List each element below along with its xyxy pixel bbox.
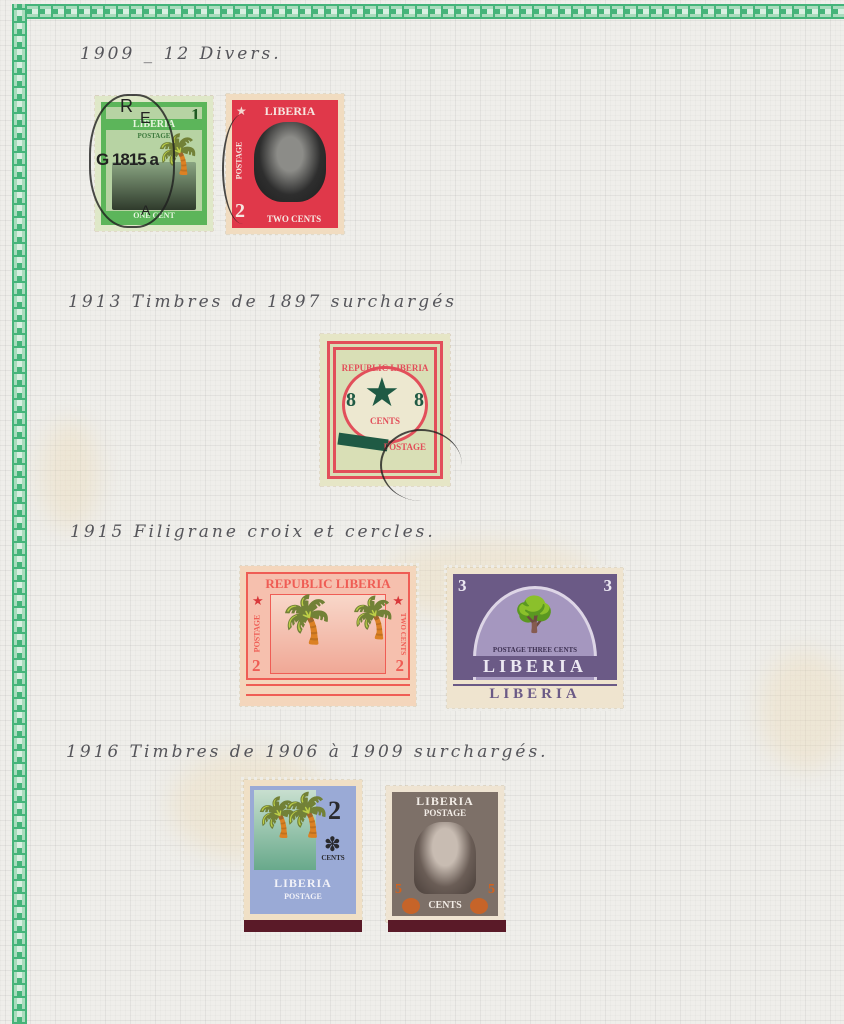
stamp-1915-two-cents[interactable]: REPUBLIC LIBERIA ★ ★ 🌴 🌴 POSTAGE TWO CEN… (240, 566, 416, 706)
surcharge-value: 2 (328, 796, 341, 826)
stamp-value-right: 5 (488, 882, 495, 898)
stamp-country: LIBERIA (250, 876, 356, 891)
surcharge-value-right: 8 (414, 389, 424, 412)
tree-icon: 🌳 (513, 598, 555, 632)
portrait-vignette (254, 122, 326, 202)
hinge-mount-strip (388, 920, 506, 932)
stamp-value-right: 3 (604, 576, 613, 596)
misperf-strip-label: LIBERIA (453, 684, 617, 703)
postmark-date: G 1815 a (96, 150, 158, 170)
section-heading-1913: 1913 Timbres de 1897 surchargés (68, 292, 457, 312)
surcharge-unit: CENTS (336, 416, 434, 426)
surcharge-blot-left (402, 898, 420, 914)
stamp-sublabel: POSTAGE (250, 892, 356, 901)
hinge-mount-strip (244, 920, 362, 932)
stamp-country: LIBERIA (392, 794, 498, 809)
stamp-value-left: 5 (395, 882, 402, 898)
palm-tree-icon: 🌴 (348, 598, 398, 638)
stamp-country: LIBERIA (106, 119, 202, 130)
stamp-1916-surcharged-two-cents[interactable]: 🌴 🌴 2 ✽ CENTS LIBERIA POSTAGE (244, 780, 362, 920)
star-surcharge-icon: ★ (364, 373, 400, 413)
palm-tree-icon: 🌴 (278, 596, 335, 642)
stamp-sublabel: POSTAGE (392, 808, 498, 818)
portrait-vignette (414, 822, 476, 894)
postmark-letter: R (120, 96, 133, 117)
section-heading-1909: 1909 _ 12 Divers. (80, 44, 282, 64)
palm-tree-icon: 🌴 (280, 794, 332, 836)
album-page: 1909 _ 12 Divers. 1 LIBERIA POSTAGE 🌴 ON… (0, 0, 844, 1024)
surcharge-unit: CENTS (310, 854, 356, 862)
stamp-value-left: 3 (458, 576, 467, 596)
postmark-letter: E (140, 110, 151, 128)
postmark-letter: A (141, 202, 150, 218)
stamp-1915-three-cents[interactable]: 3 3 🌳 POSTAGE THREE CENTS LIBERIA LIBERI… (447, 568, 623, 708)
stamp-denomination: TWO CENTS (232, 214, 338, 224)
stamp-denomination: ONE CENT (106, 211, 202, 220)
obliterating-ornament-icon: ✽ (324, 832, 341, 856)
stamp-right-label: TWO CENTS (399, 613, 407, 655)
greek-key-border-left (12, 4, 27, 1024)
stamp-mid-label: POSTAGE THREE CENTS (453, 646, 617, 654)
stamp-1916-five-cents-portrait[interactable]: LIBERIA POSTAGE 5 5 CENTS (386, 786, 504, 922)
stamp-value-left: 2 (252, 656, 261, 676)
stamp-value-right: 2 (396, 656, 405, 676)
stamp-country: LIBERIA (232, 104, 338, 119)
stamp-country: LIBERIA (453, 656, 617, 677)
surcharge-blot-right (470, 898, 488, 914)
greek-key-border-top (12, 4, 844, 19)
stamp-left-label: POSTAGE (252, 615, 261, 653)
stamp-1913-eight-cents[interactable]: REPUBLIC LIBERIA ★ 8 8 CENTS POSTAGE (320, 334, 450, 486)
stamp-country: REPUBLIC LIBERIA (248, 576, 408, 592)
stamp-bottom-label: POSTAGE (336, 442, 434, 452)
stamp-1909-one-cent[interactable]: 1 LIBERIA POSTAGE 🌴 ONE CENT G 1815 a R … (95, 96, 213, 231)
palm-tree-icon: 🌴 (154, 135, 201, 173)
stamp-1909-two-cents[interactable]: ★ LIBERIA POSTAGE 2 TWO CENTS (226, 94, 344, 234)
star-icon: ★ (252, 594, 264, 609)
stamp-side-label: POSTAGE (234, 142, 243, 180)
misperf-strip (246, 684, 410, 696)
section-heading-1915: 1915 Filigrane croix et cercles. (70, 522, 436, 542)
surcharge-value-left: 8 (346, 389, 356, 412)
section-heading-1916: 1916 Timbres de 1906 à 1909 surchargés. (66, 742, 549, 762)
